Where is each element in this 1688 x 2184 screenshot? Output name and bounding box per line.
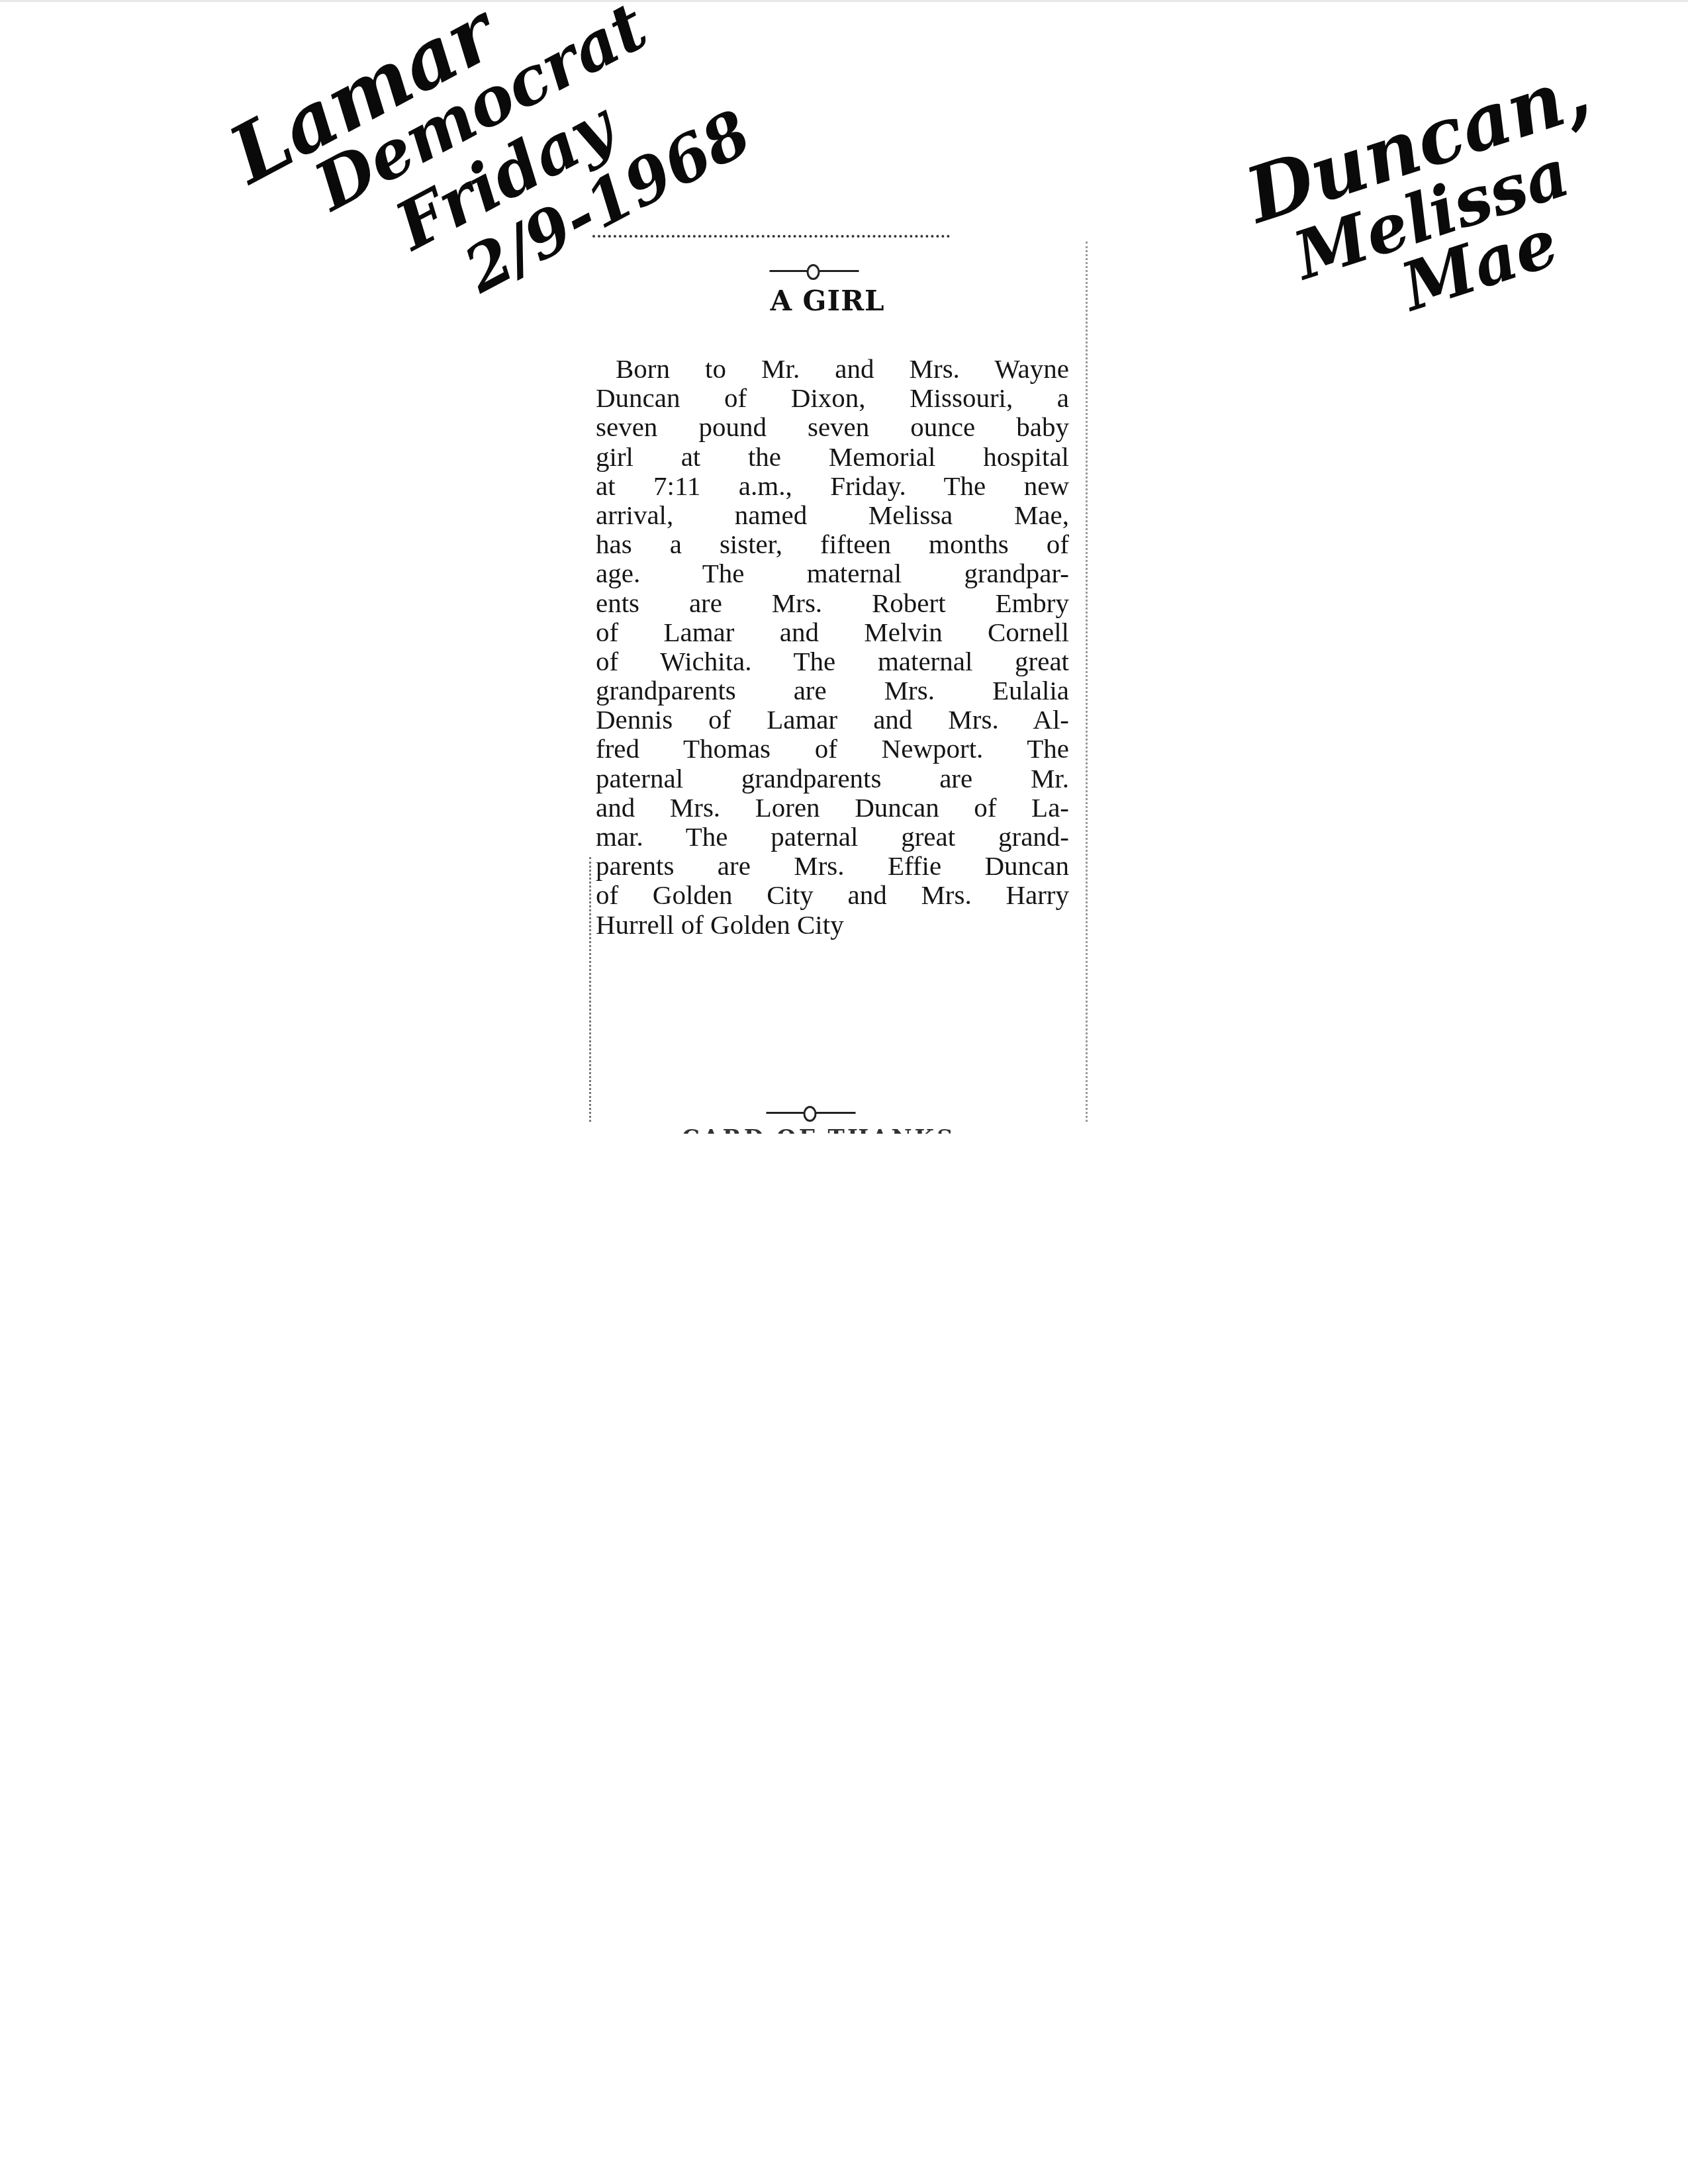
body-line: and Mrs. Loren Duncan of La- [596,793,1069,822]
newspaper-clipping: A GIRL Born to Mr. and Mrs. Wayne Duncan… [583,235,1092,1148]
clipping-body: Born to Mr. and Mrs. Wayne Duncan of Dix… [596,354,1069,939]
body-line: parents are Mrs. Effie Duncan [596,851,1069,880]
adjacent-column-fragment [1072,242,1088,1122]
body-line: paternal grandparents are Mr. [596,764,1069,793]
truncated-next-heading: CARD OF THANKS [682,1127,986,1134]
body-line: girl at the Memorial hospital [596,442,1069,471]
divider-ornament-icon [804,1106,817,1122]
body-line: of Wichita. The maternal great [596,647,1069,676]
body-line: mar. The paternal great grand- [596,822,1069,851]
body-line: seven pound seven ounce baby [596,412,1069,441]
body-line: age. The maternal grandpar- [596,559,1069,588]
body-line: ents are Mrs. Robert Embry [596,588,1069,617]
section-divider [767,1109,856,1115]
body-line: at 7:11 a.m., Friday. The new [596,471,1069,500]
clipping-headline: A GIRL [583,285,1072,317]
body-line: fred Thomas of Newport. The [596,734,1069,763]
body-line: grandparents are Mrs. Eulalia [596,676,1069,705]
body-line: Born to Mr. and Mrs. Wayne [596,354,1069,383]
body-line: Duncan of Dixon, Missouri, a [596,383,1069,412]
section-divider [770,267,859,273]
scan-edge [0,0,1688,2]
body-line: has a sister, fifteen months of [596,529,1069,559]
body-line: arrival, named Melissa Mae, [596,500,1069,529]
handwritten-name-note: Duncan, Melissa Mae [1238,53,1638,357]
scanned-page: Lamar Democrat Friday 2/9-1968 Duncan, M… [0,0,1688,2184]
body-line: of Lamar and Melvin Cornell [596,617,1069,647]
clipping-cut-edge [592,235,950,238]
divider-ornament-icon [807,264,820,280]
body-line: Hurrell of Golden City [596,910,1069,939]
body-line: of Golden City and Mrs. Harry [596,880,1069,909]
body-line: Dennis of Lamar and Mrs. Al- [596,705,1069,734]
